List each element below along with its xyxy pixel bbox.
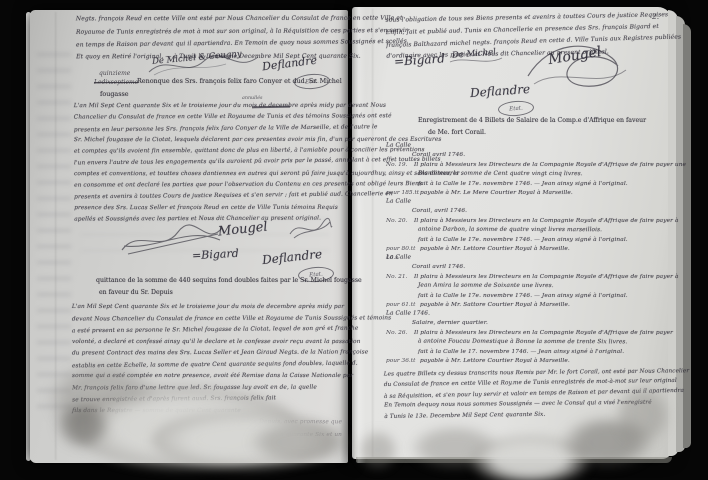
left-act2-paragraph: L'an Mil Sept Cent quarante Six et le tr… xyxy=(74,100,347,225)
entry-number: No. 20. xyxy=(386,217,414,226)
entry-amount: pour 36.tt xyxy=(386,357,420,366)
entry-date: Corail avril 1746. xyxy=(412,263,668,272)
billet-entry: La Calle 1746. Salaire, dernier quartier… xyxy=(386,310,668,366)
paraph-text: Etat. xyxy=(509,105,523,112)
ink-bleedthrough xyxy=(37,40,71,420)
entry-number: No. 26. xyxy=(386,329,414,338)
entry-line: fait à la Calle le 17. novembre 1746. — … xyxy=(418,348,668,357)
entry-line: fait à la Calle le 17e. novembre 1746. —… xyxy=(418,236,668,245)
billet-entry: La Calle Corail avril 1746. No. 19. Il p… xyxy=(386,142,668,198)
signature-bigard: =Bigard xyxy=(192,247,239,262)
entry-place: La Calle xyxy=(386,142,668,152)
left-act3-heading: quittance de la somme de 440 sequins fon… xyxy=(96,277,362,284)
page-stack-edge xyxy=(683,24,691,448)
entry-line: à antoine Foucau Domestique à Bonne la s… xyxy=(418,338,668,348)
entry-line: Blanditeur, la somme de Cent quatre ving… xyxy=(418,170,668,180)
manuscript-line: en temps de Raison par devant qui il apa… xyxy=(76,36,342,52)
entry-date: Corail avril 1746. xyxy=(412,151,668,160)
fold-crease xyxy=(372,9,374,457)
manuscript-line: volonté, a declaré et confessé ainsy qu'… xyxy=(72,336,346,348)
entry-line: fait à la Calle le 17e. novembre 1746. —… xyxy=(418,180,668,189)
left-act3-heading2: en faveur du Sr. Depuis xyxy=(99,289,173,296)
entry-number: No. 19. xyxy=(386,161,414,170)
left-act2-heading2: fougasse xyxy=(100,90,129,98)
billet-entry: La Calle Corail avril 1746. No. 21. Il p… xyxy=(386,254,668,310)
margin-note-quinzieme: quinzieme xyxy=(99,70,130,77)
manuscript-line: Sr. Michel fougasse de la Ciotat, lesque… xyxy=(74,135,346,147)
manuscript-line: comptes et conventions, et touttes chose… xyxy=(74,169,346,181)
margin-note-struck: Ledixseptieme xyxy=(94,79,138,86)
signature-underline xyxy=(448,56,504,66)
water-stain xyxy=(358,430,398,470)
entry-line: fait à la Calle le 17e. novembre 1746. —… xyxy=(418,292,668,301)
entry-date: Corail, avril 1746. xyxy=(412,207,668,216)
register-heading2: de Me. fort Corail. xyxy=(428,129,486,136)
manuscript-line: presence des Srs. Lucas Seller et franço… xyxy=(74,203,346,215)
entry-footer: payable à Mr. Lettore Courtier Royal à M… xyxy=(420,357,570,366)
paraph-flourish xyxy=(286,216,334,242)
register-heading: Enregistrement de 4 Billets de Salaire d… xyxy=(418,117,646,124)
page-number: 2. xyxy=(652,12,659,21)
water-stain xyxy=(615,385,670,445)
manuscript-line: L'an Mil Sept Cent quarante Six et le tr… xyxy=(72,302,346,314)
entry-place: La Calle xyxy=(386,198,668,208)
entry-line: Jean Amira la somme de Soixante une livr… xyxy=(418,282,668,292)
entry-place: La Calle 1746. xyxy=(386,310,668,320)
manuscript-line: a esté present en sa personne le Sr. Mic… xyxy=(72,324,346,338)
water-stain xyxy=(250,420,350,465)
manuscript-line: Negts. françois Reud en cette Ville ont … xyxy=(76,13,342,26)
water-stain-dark xyxy=(55,400,110,450)
entry-line: antoine Darbon, la somme de quatre vingt… xyxy=(418,226,668,236)
left-act2-heading: Renonque des Srs. françois felix faro Co… xyxy=(137,77,342,85)
entry-number: No. 21. xyxy=(386,273,414,282)
manuscript-scan: Negts. françois Reud en cette Ville ont … xyxy=(0,0,708,480)
manuscript-line: L'an Mil Sept Cent quarante Six et le tr… xyxy=(74,101,346,113)
entry-place: La Calle xyxy=(386,254,668,264)
entry-date: Salaire, dernier quartier. xyxy=(412,319,668,328)
